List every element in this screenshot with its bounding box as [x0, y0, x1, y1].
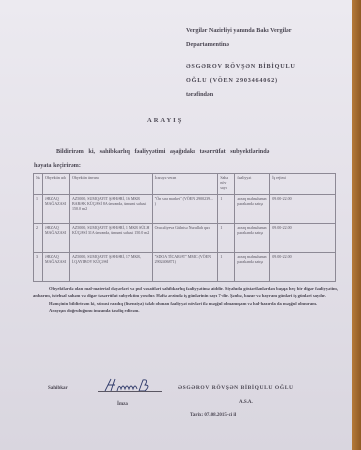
- cell-name: ƏRZAQ MAĞAZASI: [42, 195, 69, 224]
- owner-name: ƏSGƏROV RÖVŞƏN BİBİQULU OĞLU: [178, 385, 294, 391]
- cell-no: 1: [34, 195, 43, 224]
- cell-address: AZ5000, SUMQAYIT ŞƏHƏRİ, 17 MKR, İ.QAYIB…: [69, 253, 152, 282]
- cell-count: 1: [218, 224, 235, 253]
- desk-edge: [352, 0, 361, 450]
- paragraph-license: Həmçinin bildirirəm ki, xüsusi razılıq (…: [33, 300, 338, 307]
- header-lessor: İcarəyə verən: [152, 174, 218, 195]
- table-row: 1 ƏRZAQ MAĞAZASI AZ5000, SUMQAYIT ŞƏHƏRİ…: [34, 195, 336, 224]
- header-object-address: Obyektin ünvanı: [69, 174, 152, 195]
- sender-suffix: tərəfindən: [186, 88, 326, 102]
- intro-line-1: Bildirirəm ki, sahibkarlıq fəaliyyətimi …: [34, 145, 334, 159]
- cell-hours: 09.00-22.00: [270, 224, 336, 253]
- table-row: 2 ƏRZAQ MAĞAZASI AZ5000, SUMQAYIT ŞƏHƏRİ…: [34, 224, 336, 253]
- cell-activity: ərzaq məhsulunun pərakəndə satışı: [235, 253, 270, 282]
- header-object-name: Obyektin adı: [42, 174, 69, 195]
- document-date: Tarix: 07.08.2015-ci il: [190, 413, 236, 418]
- intro-line-2: həyata keçirirəm:: [34, 159, 334, 173]
- header-work-hours: İş rejimi: [270, 174, 336, 195]
- table-header-row: № Obyektin adı Obyektin ünvanı İcarəyə v…: [34, 174, 336, 195]
- addressee-line-2: Departamentinə: [186, 38, 326, 52]
- cell-name: ƏRZAQ MAĞAZASI: [42, 253, 69, 282]
- cell-lessor: "SDOA TİCARƏT" MMC (VÖEN 2902406871): [152, 253, 218, 282]
- header-count: Sahə növ sayı: [218, 174, 235, 195]
- cell-lessor: "Ön sıra market" (VÖEN 2900239... ): [152, 195, 218, 224]
- document-title: ARAYIŞ: [147, 117, 183, 124]
- header-no: №: [34, 174, 43, 195]
- addressee-line-1: Vergilər Nazirliyi yanında Bakı Vergilər: [186, 24, 326, 38]
- cell-activity: ərzaq məhsulunun pərakəndə satışı: [235, 195, 270, 224]
- addressee-block: Vergilər Nazirliyi yanında Bakı Vergilər…: [186, 24, 326, 52]
- paragraph-assets: Obyektlərdə olan mal-material dəyərləri …: [33, 285, 338, 300]
- name-label: A.S.A.: [239, 400, 253, 405]
- cell-address: AZ5000, SUMQAYIT ŞƏHƏRİ, 1 MKR SÜLH KÜÇƏ…: [69, 224, 152, 253]
- cell-count: 1: [218, 195, 235, 224]
- signature-line: [98, 391, 162, 392]
- sign-label: İmza: [117, 402, 128, 407]
- sender-name-line-1: ƏSGƏROV RÖVŞƏN BİBİQULU: [186, 60, 326, 74]
- sender-name-line-2: OĞLU (VÖEN 2903464062): [186, 74, 326, 88]
- table-row: 3 ƏRZAQ MAĞAZASI AZ5000, SUMQAYIT ŞƏHƏRİ…: [34, 253, 336, 282]
- paragraph-confirm: Arayışın doğruluğunu imzamla təsdiq edir…: [33, 307, 338, 314]
- body-text: Obyektlərdə olan mal-material dəyərləri …: [33, 285, 338, 315]
- document-page: Vergilər Nazirliyi yanında Bakı Vergilər…: [0, 0, 352, 450]
- cell-name: ƏRZAQ MAĞAZASI: [42, 224, 69, 253]
- objects-table: № Obyektin adı Obyektin ünvanı İcarəyə v…: [33, 173, 336, 282]
- owner-label: Sahibkar: [48, 386, 68, 391]
- header-activity: fəaliyyət: [235, 174, 270, 195]
- intro-text: Bildirirəm ki, sahibkarlıq fəaliyyətimi …: [34, 145, 334, 173]
- cell-hours: 09.00-22.00: [270, 195, 336, 224]
- cell-address: AZ5000, SUMQAYIT ŞƏHƏRİ, 16 MKR BABƏK KÜ…: [69, 195, 152, 224]
- cell-no: 2: [34, 224, 43, 253]
- cell-hours: 09.00-22.00: [270, 253, 336, 282]
- sender-block: ƏSGƏROV RÖVŞƏN BİBİQULU OĞLU (VÖEN 29034…: [186, 60, 326, 102]
- cell-activity: ərzaq məhsulunun pərakəndə satışı: [235, 224, 270, 253]
- cell-lessor: Orucəliyeva Gülnisə Nurullah qızı: [152, 224, 218, 253]
- cell-no: 3: [34, 253, 43, 282]
- cell-count: 1: [218, 253, 235, 282]
